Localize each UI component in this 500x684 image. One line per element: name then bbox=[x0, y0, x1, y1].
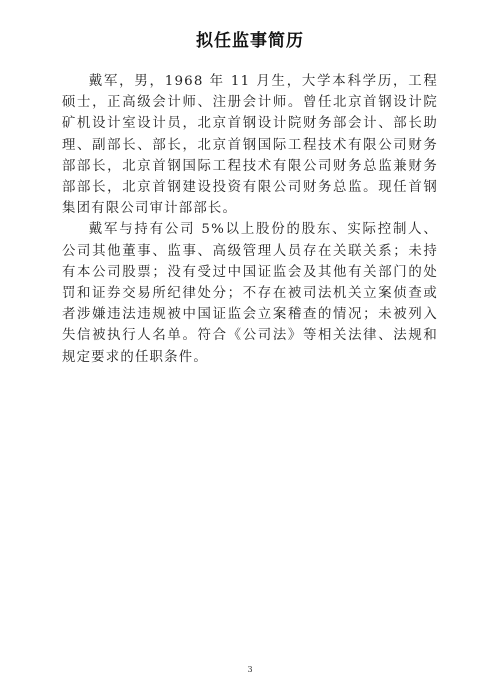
paragraph-disclosure: 戴军与持有公司 5%以上股份的股东、实际控制人、公司其他董事、监事、高级管理人员… bbox=[62, 219, 438, 367]
document-title: 拟任监事简历 bbox=[0, 26, 500, 51]
paragraph-resume: 戴军，男，1968 年 11 月生，大学本科学历，工程硕士，正高级会计师、注册会… bbox=[62, 71, 438, 219]
document-page: 拟任监事简历 戴军，男，1968 年 11 月生，大学本科学历，工程硕士，正高级… bbox=[0, 0, 500, 684]
page-number: 3 bbox=[0, 665, 500, 674]
document-body: 戴军，男，1968 年 11 月生，大学本科学历，工程硕士，正高级会计师、注册会… bbox=[62, 71, 438, 368]
